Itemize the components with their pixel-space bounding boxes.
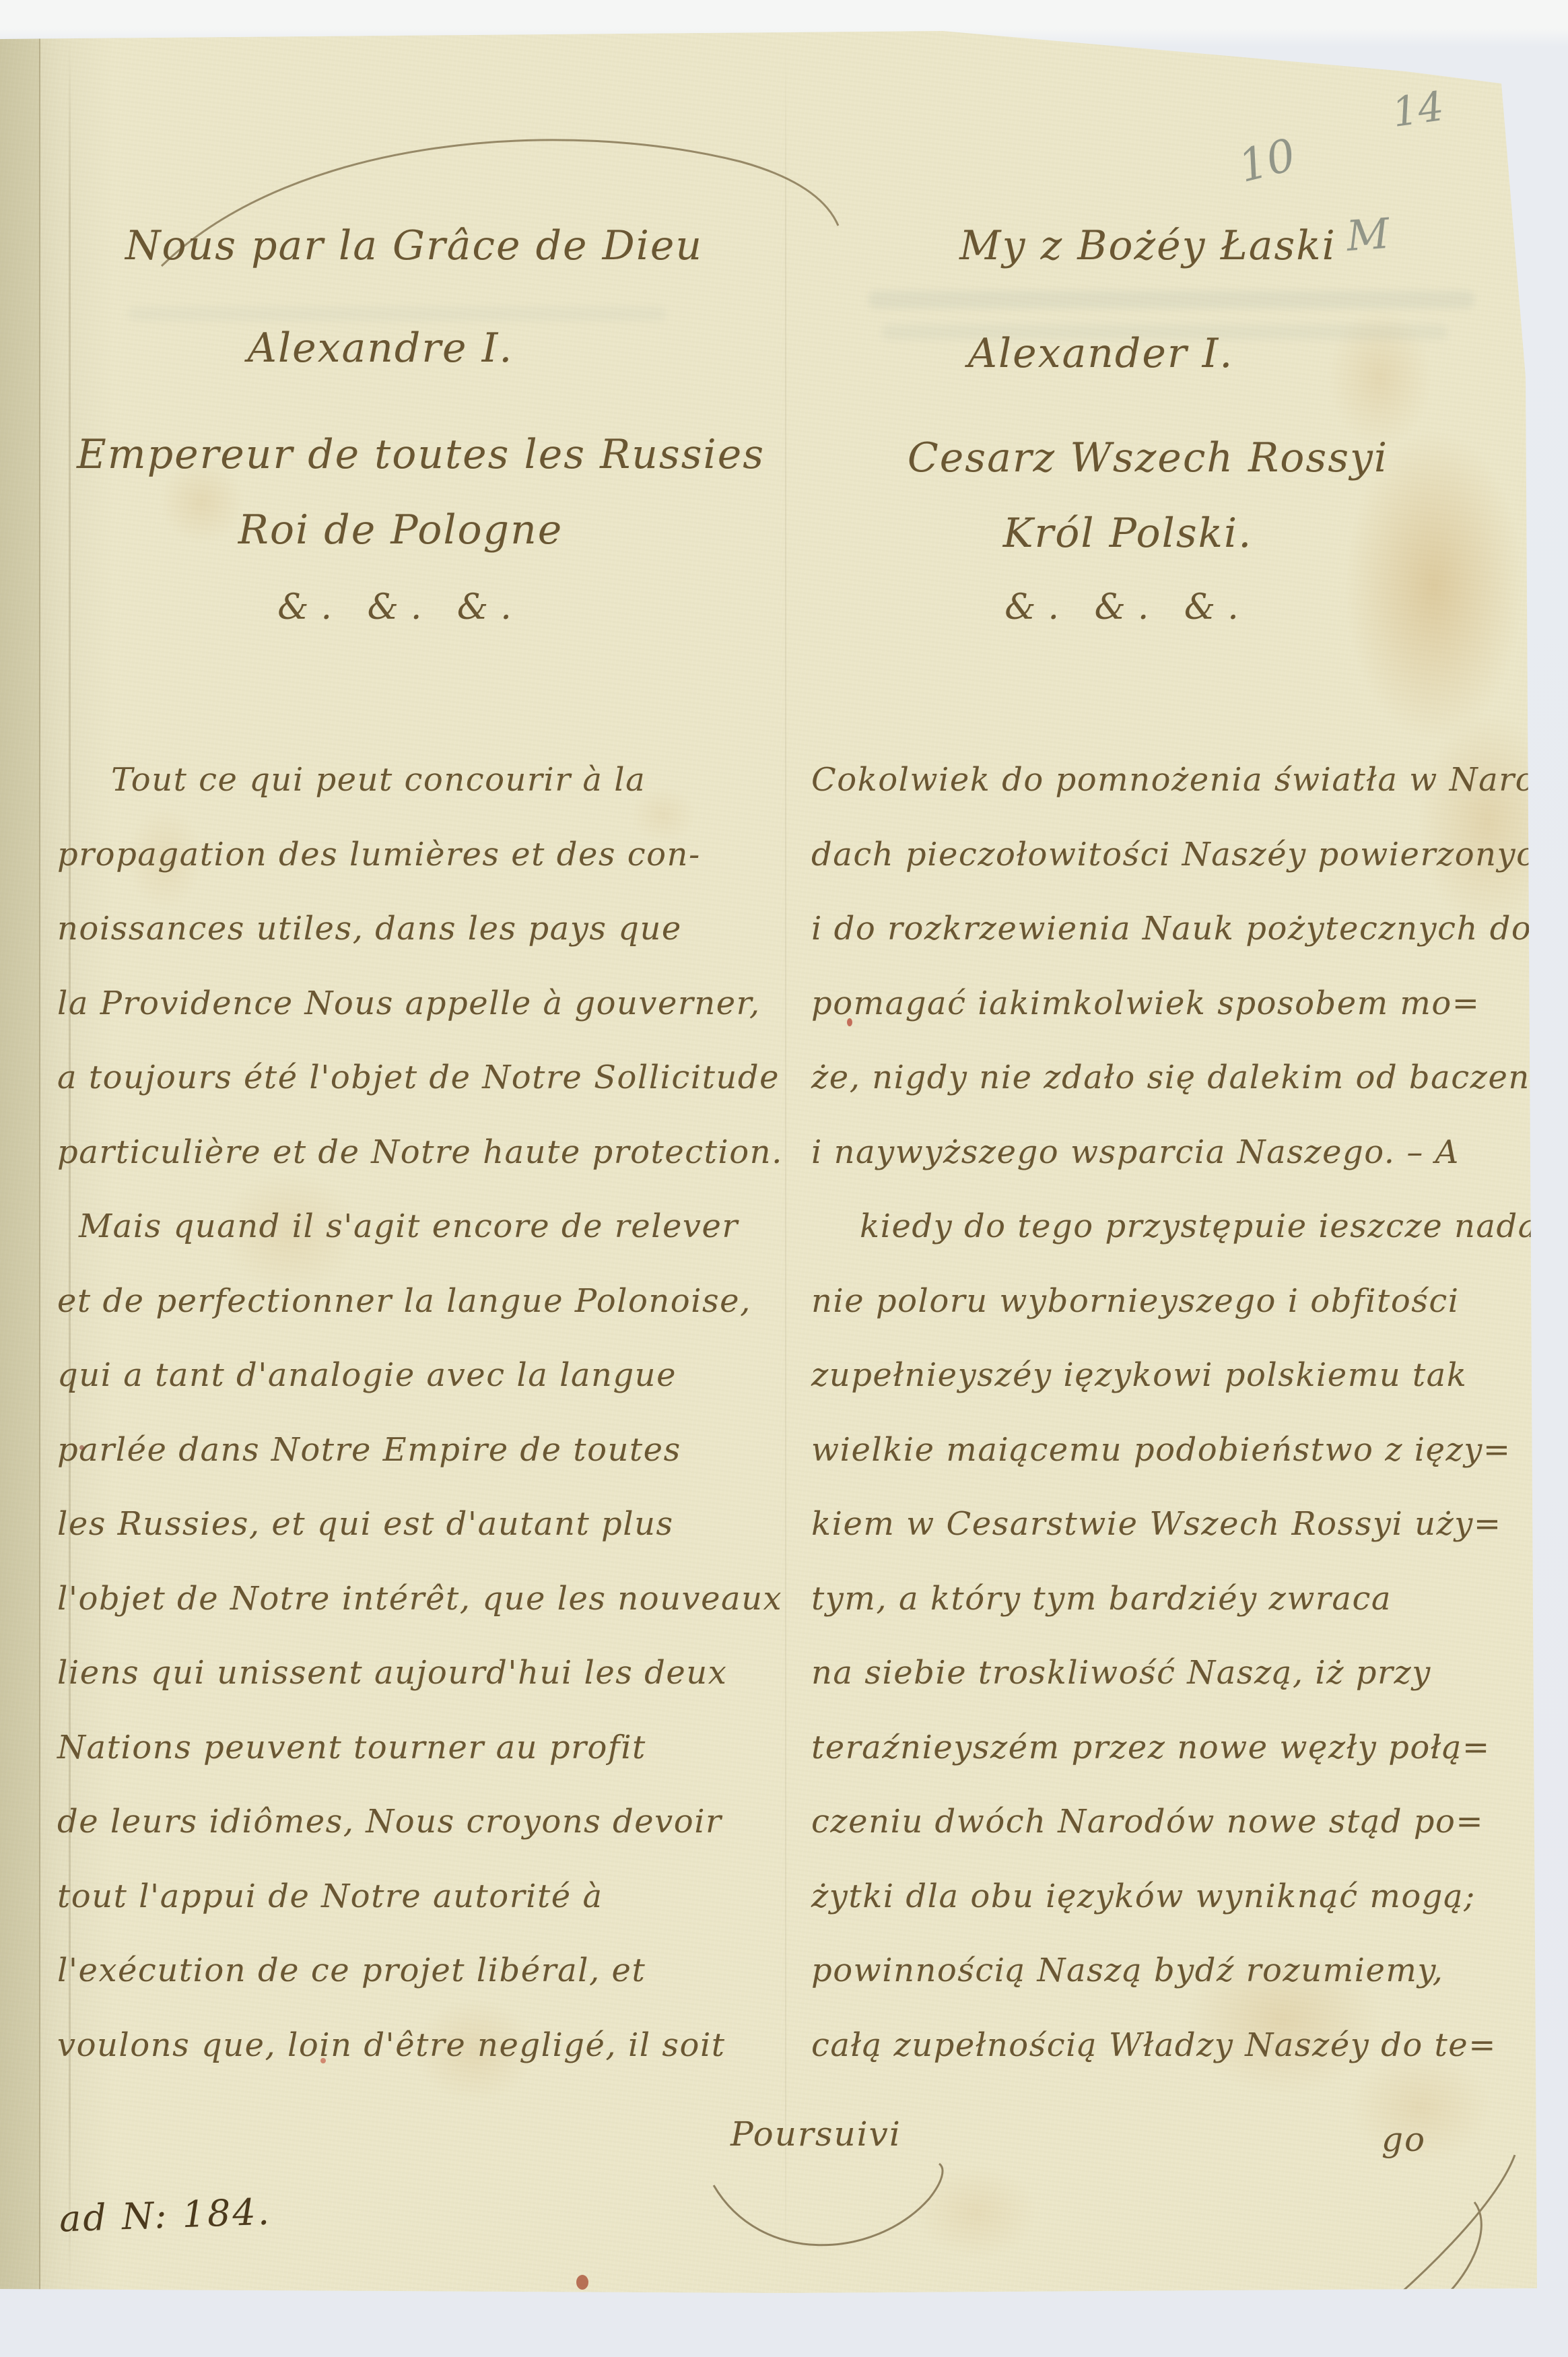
catchword-flourish (1293, 2148, 1548, 2344)
manuscript-line: parlée dans Notre Empire de toutes (57, 1431, 801, 1506)
manuscript-line: teraźnieyszém przez nowe węzły połą= (811, 1729, 1562, 1803)
manuscript-line: zupełnieyszéy ięzykowi polskiemu tak (811, 1356, 1562, 1431)
manuscript-line: liens qui unissent aujourd'hui les deux (57, 1654, 801, 1729)
pencil-folio-annotation: 14 (1390, 83, 1447, 137)
ink-bleedthrough (128, 306, 667, 321)
manuscript-line: l'exécution de ce projet libéral, et (57, 1952, 801, 2026)
red-ink-speck (847, 1018, 852, 1026)
manuscript-line: Cokolwiek do pomnożenia światła w Naro= (811, 761, 1562, 836)
scanned-manuscript-page: Nous par la Grâce de Dieu Alexandre I. E… (0, 0, 1568, 2357)
manuscript-line: et de perfectionner la langue Polonoise, (57, 1282, 801, 1357)
ink-bleedthrough (868, 291, 1474, 308)
manuscript-line: i naywyższego wsparcia Naszego. – A (811, 1133, 1562, 1208)
manuscript-line: a toujours été l'objet de Notre Sollicit… (57, 1059, 801, 1133)
manuscript-line: particulière et de Notre haute protectio… (57, 1133, 801, 1208)
manuscript-line: voulons que, loin d'être negligé, il soi… (57, 2026, 801, 2101)
manuscript-line: tout l'appui de Notre autorité à (57, 1878, 801, 1952)
manuscript-line: czeniu dwóch Narodów nowe stąd po= (811, 1803, 1562, 1878)
manuscript-line: powinnością Naszą bydź rozumiemy, (811, 1952, 1562, 2026)
french-heading-line: Nous par la Grâce de Dieu (57, 222, 771, 269)
manuscript-line: noissances utiles, dans les pays que (57, 910, 801, 985)
manuscript-line: les Russies, et qui est d'autant plus (57, 1505, 801, 1580)
manuscript-line: kiem w Cesarstwie Wszech Rossyi uży= (811, 1505, 1562, 1580)
ink-speck (79, 1445, 84, 1450)
manuscript-line: Tout ce qui peut concourir à la (111, 761, 801, 836)
red-ink-speck (576, 2275, 588, 2290)
manuscript-line: Mais quand il s'agit encore de relever (79, 1207, 801, 1282)
catchword-flourish (700, 2158, 969, 2280)
french-heading-line: Empereur de toutes les Russies (57, 431, 784, 478)
polish-heading-line: Alexander I. (811, 330, 1390, 377)
manuscript-line: tym, a który tym bardziéy zwraca (811, 1580, 1562, 1655)
polish-heading-line: Cesarz Wszech Rossyi (811, 434, 1485, 482)
archival-number: ad N: 184. (59, 2191, 272, 2240)
manuscript-line: l'objet de Notre intérêt, que les nouvea… (57, 1580, 801, 1655)
manuscript-line: dach pieczołowitości Naszéy powierzonych… (811, 836, 1562, 910)
manuscript-line: i do rozkrzewienia Nauk pożytecznych do= (811, 910, 1562, 985)
manuscript-line: Nations peuvent tourner au profit (57, 1729, 801, 1803)
pencil-letter-annotation: M (1345, 209, 1391, 261)
manuscript-line: qui a tant d'analogie avec la langue (57, 1356, 801, 1431)
manuscript-line: nie poloru wybornieyszego i obfitości (811, 1282, 1562, 1357)
pencil-number-annotation: 10 (1233, 129, 1301, 193)
manuscript-line: że, nigdy nie zdało się dalekim od bacze… (811, 1059, 1562, 1133)
paper-sheet: Nous par la Grâce de Dieu Alexandre I. E… (0, 0, 1568, 2357)
manuscript-line: propagation des lumières et des con- (57, 836, 801, 910)
manuscript-line: la Providence Nous appelle à gouverner, (57, 985, 801, 1059)
manuscript-line: żytki dla obu ięzyków wyniknąć mogą; (811, 1878, 1562, 1952)
polish-text-column: Cokolwiek do pomnożenia światła w Naro= … (811, 761, 1562, 2100)
french-etcetera-line: &. &. &. (57, 587, 744, 628)
polish-heading-line: Król Polski. (811, 510, 1444, 557)
french-heading-line: Roi de Pologne (57, 506, 744, 554)
manuscript-line: pomagać iakimkolwiek sposobem mo= (811, 985, 1562, 1059)
french-text-column: Tout ce qui peut concourir à la propagat… (57, 761, 801, 2100)
manuscript-line: na siebie troskliwość Naszą, iż przy (811, 1654, 1562, 1729)
manuscript-line: de leurs idiômes, Nous croyons devoir (57, 1803, 801, 1878)
binding-fold-edge (0, 27, 40, 2303)
red-ink-speck (320, 2058, 326, 2063)
french-heading-line: Alexandre I. (57, 325, 704, 372)
manuscript-line: kiedy do tego przystępuie ieszcze nada= (860, 1207, 1562, 1282)
manuscript-line: wielkie maiącemu podobieństwo z ięzy= (811, 1431, 1562, 1506)
french-catchword: Poursuivi (730, 2115, 901, 2154)
manuscript-line: całą zupełnością Władzy Naszéy do te= (811, 2026, 1562, 2101)
polish-etcetera-line: &. &. &. (811, 587, 1444, 628)
